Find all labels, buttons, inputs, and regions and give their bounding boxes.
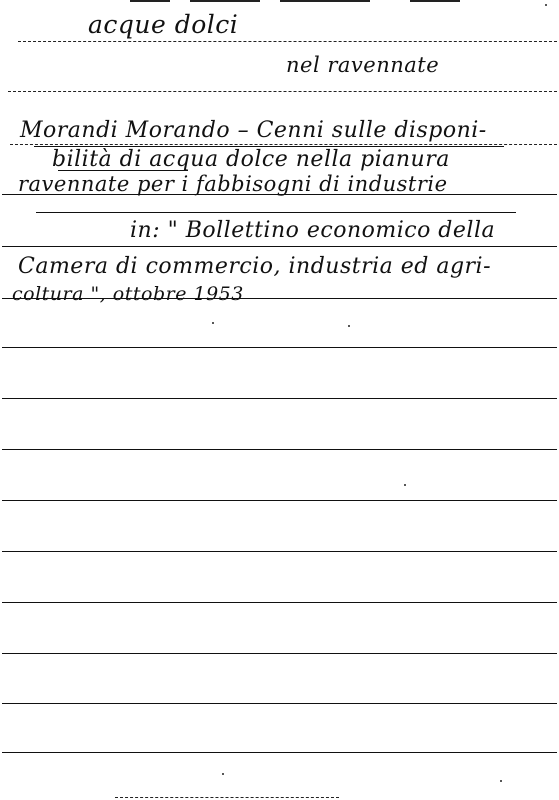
edge-mark <box>130 0 170 2</box>
edge-mark <box>190 0 260 2</box>
ruled-line <box>2 347 557 348</box>
edge-mark <box>410 0 460 2</box>
ruled-line <box>2 551 557 552</box>
speck <box>212 322 214 324</box>
ruled-line <box>10 144 557 145</box>
speck <box>500 780 502 782</box>
ruled-line <box>2 752 557 753</box>
speck <box>404 484 406 486</box>
entry-line-2: bilità di acqua dolce nella pianura <box>52 147 450 172</box>
ruled-line <box>2 653 557 654</box>
ruled-line <box>2 500 557 501</box>
entry-line-6: coltura ", ottobre 1953 <box>12 283 244 305</box>
speck <box>348 325 350 327</box>
ruled-line <box>2 602 557 603</box>
ruled-line <box>2 703 557 704</box>
underline <box>58 170 188 171</box>
underline <box>34 146 504 147</box>
entry-line-3: ravennate per i fabbisogni di industrie <box>18 172 448 196</box>
ruled-line <box>8 91 557 92</box>
ruled-line <box>2 449 557 450</box>
subheading: nel ravennate <box>286 53 439 77</box>
entry-line-5: Camera di commercio, industria ed agri- <box>18 254 491 279</box>
ruled-line <box>2 398 557 399</box>
heading: acque dolci <box>88 10 238 39</box>
speck <box>545 4 547 6</box>
speck <box>222 773 224 775</box>
underline <box>36 212 516 213</box>
entry-line-1: Morandi Morando – Cenni sulle disponi- <box>20 118 487 143</box>
edge-mark <box>280 0 370 2</box>
index-card: acque dolci nel ravennate Morandi Morand… <box>0 0 559 800</box>
ruled-line <box>18 41 557 42</box>
entry-line-4: in: " Bollettino economico della <box>130 218 495 243</box>
ruled-line <box>115 797 339 798</box>
ruled-line <box>2 246 557 247</box>
